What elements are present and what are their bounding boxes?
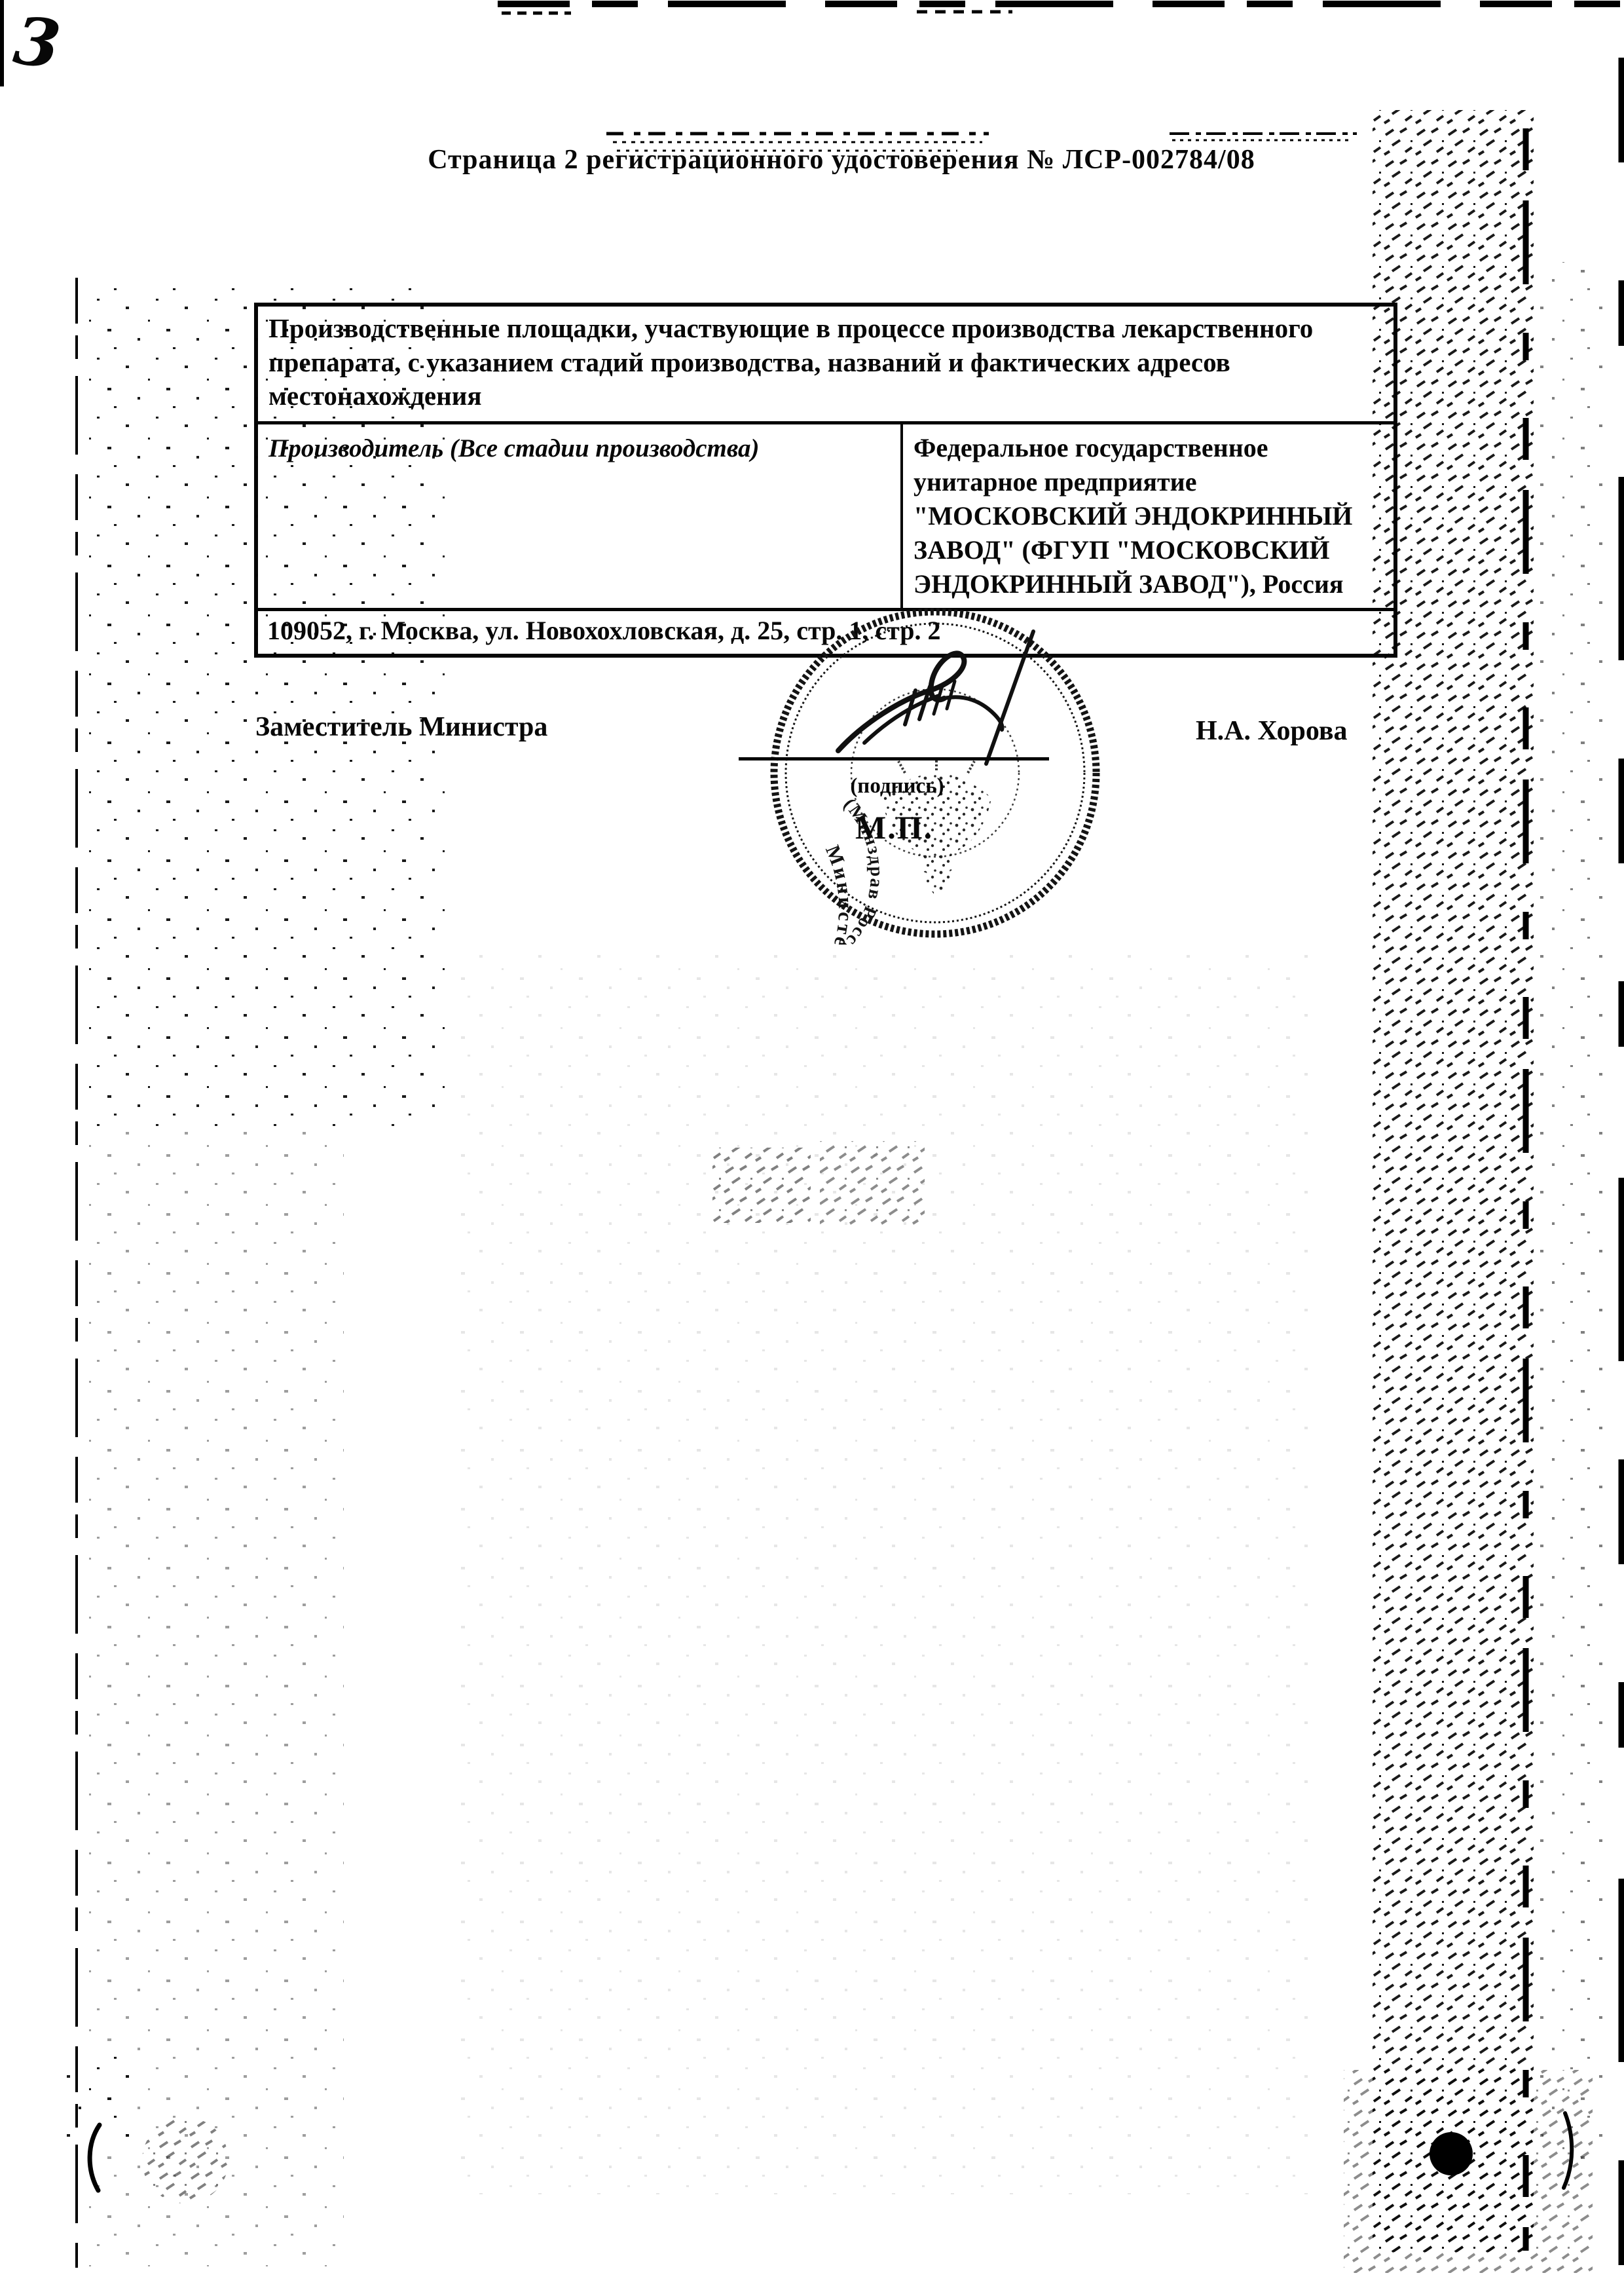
signature-scrawl (838, 631, 1033, 764)
seal-place-mark: М.П. (855, 808, 933, 846)
scan-mid-noise (458, 950, 1310, 2194)
producer-value-cell: Федеральное государственное унитарное пр… (903, 424, 1393, 608)
producer-label-cell: Производитель (Все стадии производства) (258, 424, 903, 608)
scan-left-noise-band-lower (82, 1127, 344, 2266)
scan-mid-cluster-2 (820, 1141, 925, 1226)
scan-bottom-right-paren (1564, 2113, 1572, 2188)
scan-bottom-left-paren (90, 2125, 100, 2190)
scan-bottom-right-speckles (1344, 2070, 1593, 2273)
scan-right-noise-strip (1534, 262, 1606, 2162)
signatory-position-label: Заместитель Министра (255, 711, 547, 743)
scan-left-corner-tick (0, 0, 4, 86)
page-title: Страница 2 регистрационного удостоверени… (422, 144, 1261, 176)
scan-bottom-left-blob (142, 2117, 229, 2204)
signature-line (739, 757, 1049, 760)
scan-bottom-left-speckles (63, 2057, 135, 2155)
hole-punch-dot (1430, 2132, 1473, 2175)
ministry-round-stamp: Министерство здравоохранения Российской … (765, 601, 1105, 945)
signature-caption: (подпись) (838, 774, 956, 798)
scan-mid-cluster-1 (712, 1148, 811, 1223)
scanned-certificate-page: 3 Страница 2 регистрационного удостовере… (0, 0, 1624, 2290)
producer-row: Производитель (Все стадии производства) … (258, 424, 1393, 611)
signatory-name: Н.А. Хорова (1196, 715, 1348, 747)
table-header-cell: Производственные площадки, участвующие в… (258, 307, 1393, 424)
handwritten-page-number: 3 (10, 1, 64, 84)
